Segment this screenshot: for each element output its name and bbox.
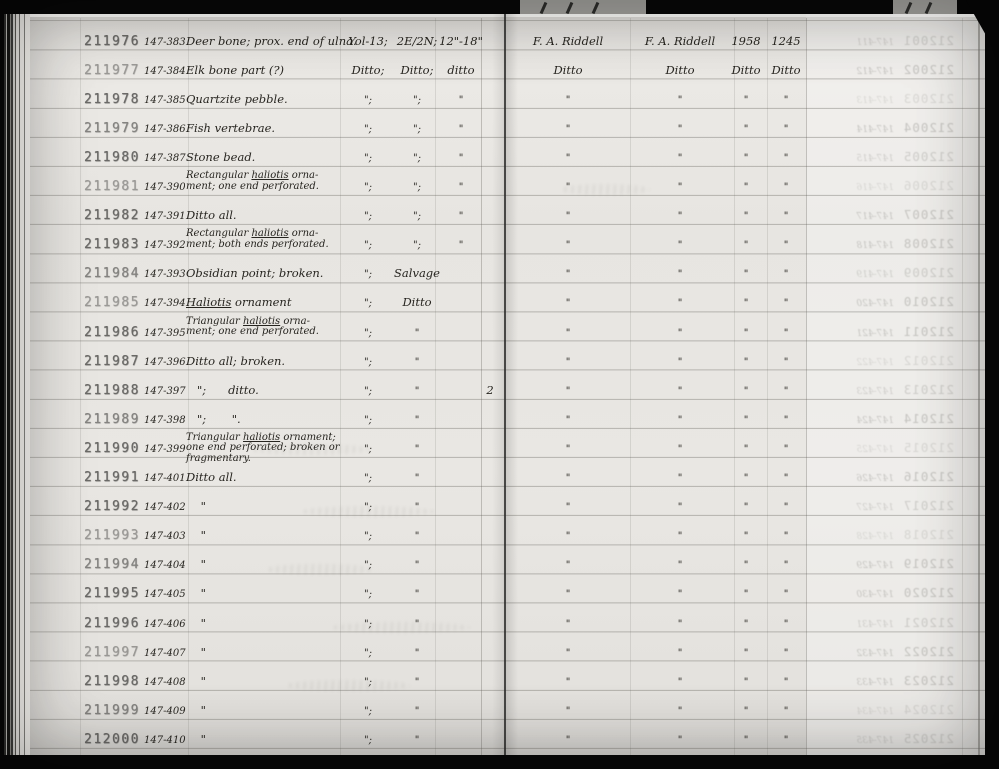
accession-number-cell: Ditto — [765, 63, 807, 77]
bleed-through-row: 212018147-428 — [806, 517, 986, 544]
mirrored-content: 212025147-435 — [806, 731, 982, 746]
bleed-through-row: 212016147-426 — [806, 459, 986, 486]
catalog-number: 147-409 — [144, 706, 190, 717]
year-cell: " — [725, 677, 767, 688]
specimen-number: 211980 — [84, 150, 148, 165]
bleed-through-row: 212001147-411 — [806, 23, 986, 50]
accession-number-cell: " — [765, 153, 807, 164]
description: Quartzite pebble. — [186, 92, 348, 106]
collected-by-cell: " — [512, 735, 624, 746]
remark-cell: 2 — [480, 383, 500, 397]
mirrored-specimen-number: 212016 — [903, 469, 954, 484]
tab-mark — [905, 2, 913, 14]
collected-by-cell: " — [512, 677, 624, 688]
year-cell: " — [725, 444, 767, 455]
mirrored-catalog-number: 147-418 — [856, 241, 893, 251]
year-cell: " — [725, 211, 767, 222]
donor-cell: " — [627, 531, 733, 542]
mirrored-content: 212021147-431 — [806, 615, 982, 630]
accession-number-cell: " — [765, 589, 807, 600]
tab-mark — [540, 2, 548, 14]
accession-number-cell: " — [765, 240, 807, 251]
description-line: Obsidian point; broken. — [186, 266, 348, 280]
collected-by-cell: " — [512, 648, 624, 659]
collected-by-cell: Ditto — [512, 63, 624, 77]
accession-number-cell: " — [765, 444, 807, 455]
donor-cell: " — [627, 182, 733, 193]
catalog-number: 147-395 — [144, 328, 190, 339]
donor-cell: " — [627, 735, 733, 746]
description-line: ment; one end perforated. — [186, 327, 348, 338]
description: " — [186, 557, 348, 571]
mirrored-catalog-number: 147-417 — [856, 212, 893, 222]
bleed-through-row: 212017147-427 — [806, 488, 986, 515]
collected-by-cell: " — [512, 619, 624, 630]
collected-by-cell: " — [512, 153, 624, 164]
mirrored-catalog-number: 147-422 — [856, 358, 893, 368]
tab-mark — [925, 2, 933, 14]
collected-by-cell: " — [512, 386, 624, 397]
specimen-number: 211979 — [84, 121, 148, 136]
specimen-number: 211994 — [84, 557, 148, 572]
donor-cell: " — [627, 211, 733, 222]
catalog-number: 147-408 — [144, 677, 190, 688]
mirrored-specimen-number: 212012 — [903, 353, 954, 368]
year-cell: " — [725, 182, 767, 193]
mirrored-content: 212015147-425 — [806, 440, 982, 455]
year-cell: " — [725, 298, 767, 309]
donor-cell: " — [627, 706, 733, 717]
mirrored-specimen-number: 212011 — [903, 324, 954, 339]
bleed-through-row: 212021147-431 — [806, 605, 986, 632]
collected-by-cell: " — [512, 531, 624, 542]
bleed-through-row: 212024147-434 — [806, 692, 986, 719]
accession-number-cell: " — [765, 269, 807, 280]
specimen-number: 211996 — [84, 616, 148, 631]
mirrored-specimen-number: 212021 — [903, 615, 954, 630]
year-cell: " — [725, 386, 767, 397]
mirrored-specimen-number: 212023 — [903, 673, 954, 688]
mirrored-specimen-number: 212003 — [903, 91, 954, 106]
mirrored-catalog-number: 147-432 — [856, 649, 893, 659]
description-line: " — [186, 674, 348, 688]
catalog-number: 147-407 — [144, 648, 190, 659]
description-line: Ditto all. — [186, 208, 348, 222]
specimen-number: 211999 — [84, 703, 148, 718]
catalog-number: 147-393 — [144, 269, 190, 280]
accession-number-cell: 1245 — [765, 34, 807, 48]
mirrored-catalog-number: 147-425 — [856, 445, 893, 455]
description-line: Ditto all; broken. — [186, 354, 348, 368]
catalog-number: 147-406 — [144, 619, 190, 630]
mirrored-catalog-number: 147-428 — [856, 532, 893, 542]
collected-by-cell: " — [512, 95, 624, 106]
accession-number-cell: " — [765, 706, 807, 717]
description-line: " — [186, 703, 348, 717]
mirrored-specimen-number: 212018 — [903, 527, 954, 542]
specimen-number: 211978 — [84, 92, 148, 107]
mirrored-catalog-number: 147-419 — [856, 270, 893, 280]
description: "; ". — [186, 412, 348, 426]
depth-cell: " — [434, 95, 488, 106]
accession-number-cell: " — [765, 357, 807, 368]
catalog-number: 147-402 — [144, 502, 190, 513]
description-line: Stone bead. — [186, 150, 348, 164]
mirrored-content: 212023147-433 — [806, 673, 982, 688]
collected-by-cell: " — [512, 415, 624, 426]
ledger-page: 211976147-383Deer bone; prox. end of uln… — [30, 14, 985, 755]
donor-cell: " — [627, 589, 733, 600]
specimen-number: 211988 — [84, 383, 148, 398]
mirrored-content: 212003147-413 — [806, 91, 982, 106]
accession-number-cell: " — [765, 619, 807, 630]
year-cell: " — [725, 269, 767, 280]
photo-border-bottom — [0, 755, 999, 769]
photo-border-top — [0, 0, 999, 14]
donor-cell: " — [627, 619, 733, 630]
accession-number-cell: " — [765, 328, 807, 339]
mirrored-specimen-number: 212001 — [903, 33, 954, 48]
specimen-number: 212000 — [84, 732, 148, 747]
mirrored-catalog-number: 147-411 — [856, 38, 893, 48]
mirrored-catalog-number: 147-421 — [856, 329, 893, 339]
specimen-number: 211982 — [84, 208, 148, 223]
description-line: " — [186, 732, 348, 746]
coordinates-cell: " — [386, 444, 448, 455]
accession-number-cell: " — [765, 95, 807, 106]
mirrored-catalog-number: 147-413 — [856, 96, 893, 106]
donor-cell: " — [627, 269, 733, 280]
mirrored-catalog-number: 147-430 — [856, 590, 893, 600]
coordinates-cell: Salvage — [386, 266, 448, 280]
tab-mark — [566, 2, 574, 14]
accession-number-cell: " — [765, 124, 807, 135]
page-tab — [893, 0, 957, 14]
coordinates-cell: " — [386, 386, 448, 397]
donor-cell: " — [627, 444, 733, 455]
description: Ditto all. — [186, 208, 348, 222]
description-line: Elk bone part (?) — [186, 63, 348, 77]
description: Fish vertebrae. — [186, 121, 348, 135]
catalog-number: 147-399 — [144, 444, 190, 455]
description-line: Haliotis ornament — [186, 295, 348, 309]
mirrored-specimen-number: 212010 — [903, 294, 954, 309]
donor-cell: Ditto — [627, 63, 733, 77]
description: " — [186, 586, 348, 600]
description-line: Fish vertebrae. — [186, 121, 348, 135]
year-cell: " — [725, 648, 767, 659]
mirrored-content: 212010147-420 — [806, 294, 982, 309]
depth-cell: " — [434, 211, 488, 222]
donor-cell: " — [627, 415, 733, 426]
mirrored-content: 212007147-417 — [806, 207, 982, 222]
mirrored-specimen-number: 212020 — [903, 585, 954, 600]
collected-by-cell: " — [512, 357, 624, 368]
collected-by-cell: " — [512, 589, 624, 600]
year-cell: " — [725, 357, 767, 368]
accession-number-cell: " — [765, 560, 807, 571]
coordinates-cell: " — [386, 415, 448, 426]
donor-cell: " — [627, 357, 733, 368]
mirrored-content: 212004147-414 — [806, 120, 982, 135]
coordinates-cell: " — [386, 619, 448, 630]
mirrored-specimen-number: 212025 — [903, 731, 954, 746]
mirrored-specimen-number: 212007 — [903, 207, 954, 222]
accession-number-cell: " — [765, 415, 807, 426]
year-cell: " — [725, 531, 767, 542]
description-line: " — [186, 499, 348, 513]
mirrored-specimen-number: 212008 — [903, 236, 954, 251]
accession-number-cell: " — [765, 182, 807, 193]
page-stack-edges — [2, 8, 30, 762]
year-cell: " — [725, 415, 767, 426]
mirrored-catalog-number: 147-433 — [856, 678, 893, 688]
year-cell: Ditto — [725, 63, 767, 77]
mirrored-specimen-number: 212017 — [903, 498, 954, 513]
donor-cell: " — [627, 560, 733, 571]
ledger-photo: 211976147-383Deer bone; prox. end of uln… — [0, 0, 999, 769]
catalog-number: 147-392 — [144, 240, 190, 251]
collected-by-cell: " — [512, 473, 624, 484]
description: Triangular haliotis orna-ment; one end p… — [186, 317, 348, 338]
description: " — [186, 528, 348, 542]
mirrored-content: 212011147-421 — [806, 324, 982, 339]
catalog-number: 147-396 — [144, 357, 190, 368]
bleed-through-row: 212010147-420 — [806, 284, 986, 311]
mirrored-content: 212020147-430 — [806, 585, 982, 600]
mirrored-specimen-number: 212005 — [903, 149, 954, 164]
bleed-through-row: 212013147-423 — [806, 372, 986, 399]
year-cell: " — [725, 735, 767, 746]
coordinates-cell: " — [386, 328, 448, 339]
description: " — [186, 674, 348, 688]
depth-cell: " — [434, 153, 488, 164]
collected-by-cell: " — [512, 269, 624, 280]
mirrored-catalog-number: 147-415 — [856, 154, 893, 164]
year-cell: 1958 — [725, 34, 767, 48]
donor-cell: " — [627, 95, 733, 106]
catalog-number: 147-410 — [144, 735, 190, 746]
year-cell: " — [725, 473, 767, 484]
collected-by-cell: " — [512, 182, 624, 193]
description-line: Quartzite pebble. — [186, 92, 348, 106]
catalog-number: 147-401 — [144, 473, 190, 484]
coordinates-cell: " — [386, 589, 448, 600]
coordinates-cell: " — [386, 648, 448, 659]
catalog-number: 147-391 — [144, 211, 190, 222]
mirrored-catalog-number: 147-414 — [856, 125, 893, 135]
specimen-number: 211983 — [84, 237, 148, 252]
mirrored-catalog-number: 147-424 — [856, 416, 893, 426]
description-line: " — [186, 557, 348, 571]
donor-cell: " — [627, 153, 733, 164]
donor-cell: " — [627, 473, 733, 484]
year-cell: " — [725, 124, 767, 135]
bleed-through-row: 212015147-425 — [806, 430, 986, 457]
depth-cell: " — [434, 124, 488, 135]
year-cell: " — [725, 95, 767, 106]
description-line: ment; one end perforated. — [186, 182, 348, 193]
description-line: Ditto all. — [186, 470, 348, 484]
mirrored-catalog-number: 147-426 — [856, 474, 893, 484]
donor-cell: " — [627, 240, 733, 251]
mirrored-specimen-number: 212015 — [903, 440, 954, 455]
accession-number-cell: " — [765, 473, 807, 484]
coordinates-cell: " — [386, 531, 448, 542]
bleed-through-row: 212020147-430 — [806, 575, 986, 602]
page-tab — [520, 0, 646, 14]
photo-border-left — [0, 0, 4, 769]
mirrored-content: 212005147-415 — [806, 149, 982, 164]
collected-by-cell: " — [512, 706, 624, 717]
catalog-number: 147-387 — [144, 153, 190, 164]
donor-cell: " — [627, 328, 733, 339]
description-line: Rectangular haliotis orna- — [186, 171, 348, 182]
donor-cell: F. A. Riddell — [627, 34, 733, 48]
catalog-number: 147-403 — [144, 531, 190, 542]
catalog-number: 147-398 — [144, 415, 190, 426]
collected-by-cell: " — [512, 124, 624, 135]
catalog-number: 147-390 — [144, 182, 190, 193]
mirrored-catalog-number: 147-420 — [856, 299, 893, 309]
specimen-number: 211987 — [84, 354, 148, 369]
year-cell: " — [725, 240, 767, 251]
mirrored-specimen-number: 212013 — [903, 382, 954, 397]
mirrored-specimen-number: 212019 — [903, 556, 954, 571]
bleed-through-row: 212023147-433 — [806, 663, 986, 690]
mirrored-catalog-number: 147-431 — [856, 620, 893, 630]
collected-by-cell: " — [512, 444, 624, 455]
catalog-number: 147-384 — [144, 66, 190, 77]
specimen-number: 211976 — [84, 34, 148, 49]
specimen-number: 211997 — [84, 645, 148, 660]
catalog-number: 147-385 — [144, 95, 190, 106]
year-cell: " — [725, 589, 767, 600]
mirrored-content: 212022147-432 — [806, 644, 982, 659]
bleed-through-row: 212004147-414 — [806, 110, 986, 137]
description: Haliotis ornament — [186, 295, 348, 309]
mirrored-content: 212024147-434 — [806, 702, 982, 717]
bleed-through-row: 212019147-429 — [806, 546, 986, 573]
accession-number-cell: " — [765, 298, 807, 309]
mirrored-content: 212008147-418 — [806, 236, 982, 251]
bleed-through-row: 212003147-413 — [806, 81, 986, 108]
description: " — [186, 499, 348, 513]
description: Deer bone; prox. end of ulna. — [186, 34, 348, 48]
depth-cell: " — [434, 240, 488, 251]
coordinates-cell: " — [386, 357, 448, 368]
description: Ditto all. — [186, 470, 348, 484]
mirrored-specimen-number: 212024 — [903, 702, 954, 717]
bleed-through-row: 212014147-424 — [806, 401, 986, 428]
bleed-through-row: 212005147-415 — [806, 139, 986, 166]
description-line: " — [186, 528, 348, 542]
description-line: " — [186, 645, 348, 659]
specimen-number: 211977 — [84, 63, 148, 78]
mirrored-specimen-number: 212022 — [903, 644, 954, 659]
bleed-through-row: 212007147-417 — [806, 197, 986, 224]
photo-border-right — [985, 0, 999, 769]
mirrored-content: 212006147-416 — [806, 178, 982, 193]
specimen-number: 211993 — [84, 528, 148, 543]
mirrored-content: 212017147-427 — [806, 498, 982, 513]
collected-by-cell: " — [512, 240, 624, 251]
accession-number-cell: " — [765, 735, 807, 746]
bleed-through-row: 212012147-422 — [806, 343, 986, 370]
description: Rectangular haliotis orna-ment; one end … — [186, 171, 348, 192]
mirrored-specimen-number: 212014 — [903, 411, 954, 426]
accession-number-cell: " — [765, 502, 807, 513]
donor-cell: " — [627, 648, 733, 659]
mirrored-content: 212012147-422 — [806, 353, 982, 368]
depth-cell: 12"-18" — [434, 34, 488, 48]
mirrored-catalog-number: 147-434 — [856, 707, 893, 717]
coordinates-cell: " — [386, 502, 448, 513]
year-cell: " — [725, 328, 767, 339]
donor-cell: " — [627, 677, 733, 688]
bleed-through-row: 212006147-416 — [806, 168, 986, 195]
bleed-through-row: 212011147-421 — [806, 314, 986, 341]
year-cell: " — [725, 502, 767, 513]
mirrored-catalog-number: 147-427 — [856, 503, 893, 513]
coordinates-cell: " — [386, 677, 448, 688]
donor-cell: " — [627, 124, 733, 135]
description: " — [186, 645, 348, 659]
mirrored-catalog-number: 147-429 — [856, 561, 893, 571]
description-line: Deer bone; prox. end of ulna. — [186, 34, 348, 48]
collected-by-cell: F. A. Riddell — [512, 34, 624, 48]
description-line: ment; both ends perforated. — [186, 240, 348, 251]
specimen-number: 211998 — [84, 674, 148, 689]
specimen-number: 211990 — [84, 441, 148, 456]
mirrored-catalog-number: 147-412 — [856, 67, 893, 77]
catalog-number: 147-386 — [144, 124, 190, 135]
donor-cell: " — [627, 386, 733, 397]
description: " — [186, 732, 348, 746]
description: " — [186, 703, 348, 717]
bleed-through-row: 212008147-418 — [806, 226, 986, 253]
mirrored-catalog-number: 147-435 — [856, 736, 893, 746]
mirrored-content: 212014147-424 — [806, 411, 982, 426]
collected-by-cell: " — [512, 502, 624, 513]
mirrored-specimen-number: 212002 — [903, 62, 954, 77]
mirrored-content: 212013147-423 — [806, 382, 982, 397]
mirrored-specimen-number: 212004 — [903, 120, 954, 135]
description-line: " — [186, 616, 348, 630]
depth-cell: ditto — [434, 63, 488, 77]
description: Rectangular haliotis orna-ment; both end… — [186, 229, 348, 250]
specimen-number: 211991 — [84, 470, 148, 485]
mirrored-content: 212016147-426 — [806, 469, 982, 484]
coordinates-cell: " — [386, 706, 448, 717]
description: Elk bone part (?) — [186, 63, 348, 77]
catalog-number: 147-383 — [144, 37, 190, 48]
year-cell: " — [725, 560, 767, 571]
description-line: "; ditto. — [186, 383, 348, 397]
accession-number-cell: " — [765, 211, 807, 222]
tab-mark — [592, 2, 600, 14]
description: Ditto all; broken. — [186, 354, 348, 368]
mirrored-specimen-number: 212006 — [903, 178, 954, 193]
description-line: "; ". — [186, 412, 348, 426]
coordinates-cell: " — [386, 735, 448, 746]
mirrored-content: 212019147-429 — [806, 556, 982, 571]
donor-cell: " — [627, 298, 733, 309]
description: "; ditto. — [186, 383, 348, 397]
accession-number-cell: " — [765, 648, 807, 659]
coordinates-cell: " — [386, 473, 448, 484]
collected-by-cell: " — [512, 328, 624, 339]
